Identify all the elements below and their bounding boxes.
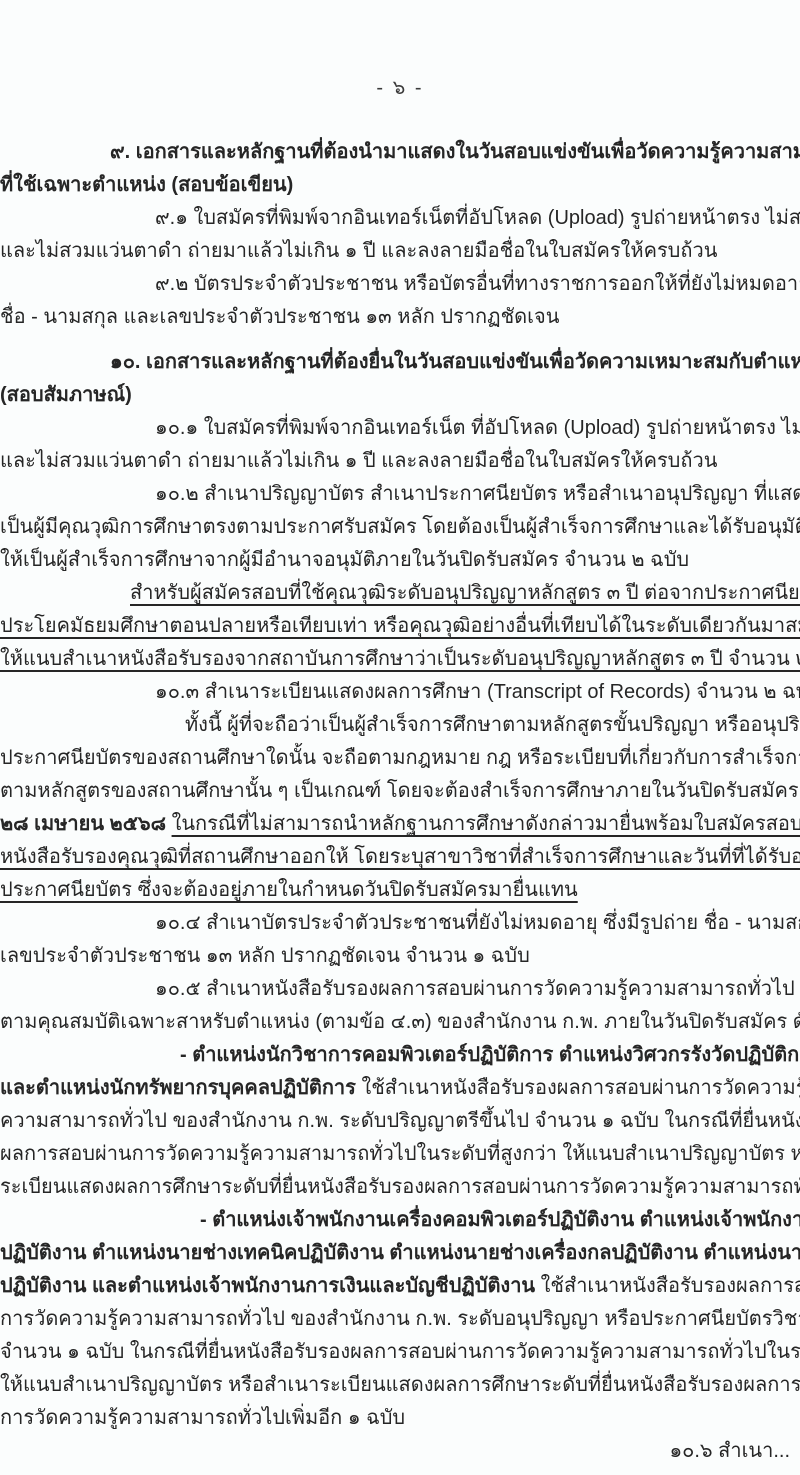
document-line: หนังสือรับรองคุณวุฒิที่สถานศึกษาออกให้ โ…: [0, 841, 800, 874]
text-run: ๑๐.๕ สำเนาหนังสือรับรองผลการสอบผ่านการวั…: [155, 978, 795, 1000]
document-line: ให้แนบสำเนาหนังสือรับรองจากสถาบันการศึกษ…: [0, 643, 800, 676]
text-run: ความสามารถทั่วไป ของสำนักงาน ก.พ. ระดับป…: [0, 1110, 800, 1132]
text-run: ใช้สำเนาหนังสือรับรองผลการสอบผ่านการวัดค…: [361, 1077, 800, 1099]
text-run: ๙.๑ ใบสมัครที่พิมพ์จากอินเทอร์เน็ตที่อัป…: [155, 207, 800, 229]
text-run: ๑๐.๔ สำเนาบัตรประจำตัวประชาชนที่ยังไม่หม…: [155, 912, 800, 934]
document-line: ๑๐.๖ สำเนา...: [0, 1435, 800, 1468]
document-line: ตามคุณสมบัติเฉพาะสาหรับตำแหน่ง (ตามข้อ ๔…: [0, 1006, 800, 1039]
document-line: ชื่อ - นามสกุล และเลขประจำตัวประชาชน ๑๓ …: [0, 301, 800, 334]
document-line: ๑๐.๑ ใบสมัครที่พิมพ์จากอินเทอร์เน็ต ที่อ…: [0, 412, 800, 445]
text-run: ชื่อ - นามสกุล และเลขประจำตัวประชาชน ๑๓ …: [0, 306, 559, 328]
text-run: ที่ใช้เฉพาะตำแหน่ง (สอบข้อเขียน): [0, 174, 293, 196]
text-run: สำหรับผู้สมัครสอบที่ใช้คุณวุฒิระดับอนุปร…: [130, 582, 800, 604]
document-line: ตามหลักสูตรของสถานศึกษานั้น ๆ เป็นเกณฑ์ …: [0, 775, 800, 808]
document-line: ให้แนบสำเนาปริญญาบัตร หรือสำเนาระเบียนแส…: [0, 1369, 800, 1402]
text-run: ผลการสอบผ่านการวัดความรู้ความสามารถทั่วไ…: [0, 1143, 800, 1165]
document-line: ประกาศนียบัตรของสถานศึกษาใดนั้น จะถือตาม…: [0, 742, 800, 775]
document-line: การวัดความรู้ความสามารถทั่วไปเพิ่มอีก ๑ …: [0, 1402, 800, 1435]
text-run: และไม่สวมแว่นตาดำ ถ่ายมาแล้วไม่เกิน ๑ ปี…: [0, 240, 717, 262]
text-run: และตำแหน่งนักทรัพยากรบุคคลปฏิบัติการ: [0, 1077, 361, 1099]
text-run: ในกรณีที่ไม่สามารถนำหลักฐานการศึกษาดังกล…: [172, 813, 800, 835]
document-line: ประโยคมัธยมศึกษาตอนปลายหรือเทียบเท่า หรื…: [0, 610, 800, 643]
text-run: ใช้สำเนาหนังสือรับรองผลการสอบผ่าน: [541, 1275, 800, 1297]
document-line: ๑๐.๓ สำเนาระเบียนแสดงผลการศึกษา (Transcr…: [0, 676, 800, 709]
text-run: ๑๐.๑ ใบสมัครที่พิมพ์จากอินเทอร์เน็ต ที่อ…: [155, 417, 800, 439]
document-line: สำหรับผู้สมัครสอบที่ใช้คุณวุฒิระดับอนุปร…: [0, 577, 800, 610]
document-line: ที่ใช้เฉพาะตำแหน่ง (สอบข้อเขียน): [0, 169, 800, 202]
document-line: (สอบสัมภาษณ์): [0, 379, 800, 412]
text-run: ให้แนบสำเนาปริญญาบัตร หรือสำเนาระเบียนแส…: [0, 1374, 800, 1396]
document-line: ประกาศนียบัตร ซึ่งจะต้องอยู่ภายในกำหนดวั…: [0, 874, 800, 907]
text-run: ๑๐.๖ สำเนา...: [669, 1440, 790, 1462]
text-run: ประกาศนียบัตรของสถานศึกษาใดนั้น จะถือตาม…: [0, 747, 800, 769]
text-run: ๑๐. เอกสารและหลักฐานที่ต้องยื่นในวันสอบแ…: [110, 351, 800, 373]
document-line: ๑๐.๔ สำเนาบัตรประจำตัวประชาชนที่ยังไม่หม…: [0, 907, 800, 940]
document-line: - ตำแหน่งนักวิชาการคอมพิวเตอร์ปฏิบัติการ…: [0, 1039, 800, 1072]
document-line: ระเบียนแสดงผลการศึกษาระดับที่ยื่นหนังสือ…: [0, 1171, 800, 1204]
text-run: และไม่สวมแว่นตาดำ ถ่ายมาแล้วไม่เกิน ๑ ปี…: [0, 450, 717, 472]
text-run: - ตำแหน่งนักวิชาการคอมพิวเตอร์ปฏิบัติการ…: [180, 1044, 800, 1066]
document-line: ให้เป็นผู้สำเร็จการศึกษาจากผู้มีอำนาจอนุ…: [0, 544, 800, 577]
document-line: ผลการสอบผ่านการวัดความรู้ความสามารถทั่วไ…: [0, 1138, 800, 1171]
text-run: ตามคุณสมบัติเฉพาะสาหรับตำแหน่ง (ตามข้อ ๔…: [0, 1011, 800, 1033]
text-run: เป็นผู้มีคุณวุฒิการศึกษาตรงตามประกาศรับส…: [0, 516, 800, 538]
text-run: ให้เป็นผู้สำเร็จการศึกษาจากผู้มีอำนาจอนุ…: [0, 549, 689, 571]
document-line: ปฏิบัติงาน ตำแหน่งนายช่างเทคนิคปฏิบัติงา…: [0, 1237, 800, 1270]
document-line: - ตำแหน่งเจ้าพนักงานเครื่องคอมพิวเตอร์ปฏ…: [0, 1204, 800, 1237]
page-number: - ๖ -: [0, 76, 800, 100]
document-line: ๑๐.๒ สำเนาปริญญาบัตร สำเนาประกาศนียบัตร …: [0, 478, 800, 511]
document-line: การวัดความรู้ความสามารถทั่วไป ของสำนักงา…: [0, 1303, 800, 1336]
text-run: ๒๘ เมษายน ๒๕๖๘: [0, 813, 172, 835]
text-run: ปฏิบัติงาน ตำแหน่งนายช่างเทคนิคปฏิบัติงา…: [0, 1242, 800, 1264]
document-line: ทั้งนี้ ผู้ที่จะถือว่าเป็นผู้สำเร็จการศึ…: [0, 709, 800, 742]
text-run: ๑๐.๒ สำเนาปริญญาบัตร สำเนาประกาศนียบัตร …: [155, 483, 800, 505]
document-line: ปฏิบัติงาน และตำแหน่งเจ้าพนักงานการเงินแ…: [0, 1270, 800, 1303]
document-line: ๒๘ เมษายน ๒๕๖๘ ในกรณีที่ไม่สามารถนำหลักฐ…: [0, 808, 800, 841]
document-line: และตำแหน่งนักทรัพยากรบุคคลปฏิบัติการ ใช้…: [0, 1072, 800, 1105]
document-line: ๑๐. เอกสารและหลักฐานที่ต้องยื่นในวันสอบแ…: [0, 346, 800, 379]
text-run: เลขประจำตัวประชาชน ๑๓ หลัก ปรากฏชัดเจน จ…: [0, 945, 530, 967]
text-run: ประโยคมัธยมศึกษาตอนปลายหรือเทียบเท่า หรื…: [0, 615, 800, 637]
text-run: (สอบสัมภาษณ์): [0, 384, 132, 406]
document-line: เลขประจำตัวประชาชน ๑๓ หลัก ปรากฏชัดเจน จ…: [0, 940, 800, 973]
text-run: การวัดความรู้ความสามารถทั่วไป ของสำนักงา…: [0, 1308, 800, 1330]
text-run: ๙.๒ บัตรประจำตัวประชาชน หรือบัตรอื่นที่ท…: [155, 273, 800, 295]
text-run: ทั้งนี้ ผู้ที่จะถือว่าเป็นผู้สำเร็จการศึ…: [185, 714, 800, 736]
document-line: ๙.๑ ใบสมัครที่พิมพ์จากอินเทอร์เน็ตที่อัป…: [0, 202, 800, 235]
text-run: ประกาศนียบัตร ซึ่งจะต้องอยู่ภายในกำหนดวั…: [0, 879, 578, 901]
text-run: หนังสือรับรองคุณวุฒิที่สถานศึกษาออกให้ โ…: [0, 846, 800, 868]
document-line: และไม่สวมแว่นตาดำ ถ่ายมาแล้วไม่เกิน ๑ ปี…: [0, 445, 800, 478]
text-run: ระเบียนแสดงผลการศึกษาระดับที่ยื่นหนังสือ…: [0, 1176, 800, 1198]
document-page: - ๖ - ๙. เอกสารและหลักฐานที่ต้องนำมาแสดง…: [0, 0, 800, 1475]
text-run: ปฏิบัติงาน และตำแหน่งเจ้าพนักงานการเงินแ…: [0, 1275, 541, 1297]
document-line: และไม่สวมแว่นตาดำ ถ่ายมาแล้วไม่เกิน ๑ ปี…: [0, 235, 800, 268]
text-run: ๙. เอกสารและหลักฐานที่ต้องนำมาแสดงในวันส…: [110, 141, 800, 163]
document-line: จำนวน ๑ ฉบับ ในกรณีที่ยื่นหนังสือรับรองผ…: [0, 1336, 800, 1369]
document-line: ความสามารถทั่วไป ของสำนักงาน ก.พ. ระดับป…: [0, 1105, 800, 1138]
document-body: ๙. เอกสารและหลักฐานที่ต้องนำมาแสดงในวันส…: [0, 136, 800, 1468]
document-line: ๙.๒ บัตรประจำตัวประชาชน หรือบัตรอื่นที่ท…: [0, 268, 800, 301]
text-run: ให้แนบสำเนาหนังสือรับรองจากสถาบันการศึกษ…: [0, 648, 800, 670]
text-run: ตามหลักสูตรของสถานศึกษานั้น ๆ เป็นเกณฑ์ …: [0, 780, 800, 802]
text-run: จำนวน ๑ ฉบับ ในกรณีที่ยื่นหนังสือรับรองผ…: [0, 1341, 800, 1363]
text-run: การวัดความรู้ความสามารถทั่วไปเพิ่มอีก ๑ …: [0, 1407, 405, 1429]
text-run: ๑๐.๓ สำเนาระเบียนแสดงผลการศึกษา (Transcr…: [155, 681, 800, 703]
text-run: - ตำแหน่งเจ้าพนักงานเครื่องคอมพิวเตอร์ปฏ…: [200, 1209, 800, 1231]
document-line: ๙. เอกสารและหลักฐานที่ต้องนำมาแสดงในวันส…: [0, 136, 800, 169]
document-line: เป็นผู้มีคุณวุฒิการศึกษาตรงตามประกาศรับส…: [0, 511, 800, 544]
document-line: ๑๐.๕ สำเนาหนังสือรับรองผลการสอบผ่านการวั…: [0, 973, 800, 1006]
